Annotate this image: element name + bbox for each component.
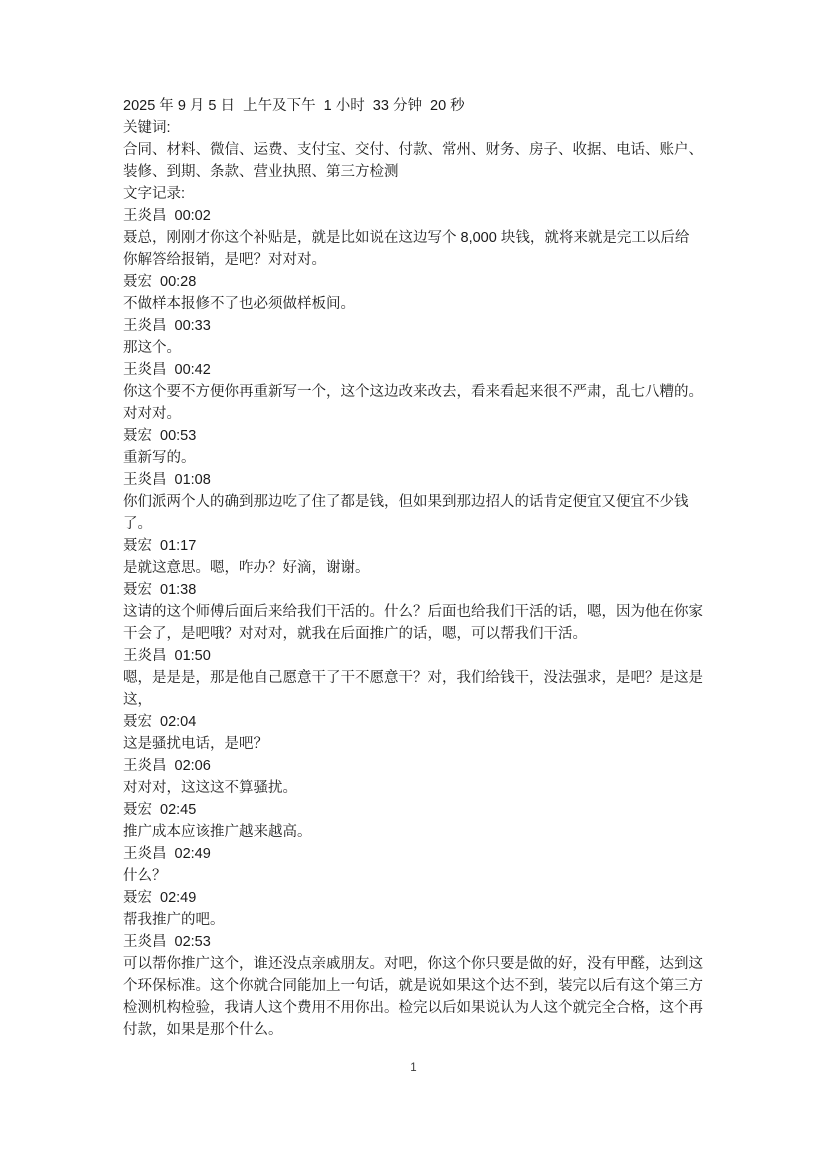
- speaker-name: 王炎昌: [123, 934, 167, 950]
- keywords-label: 关键词:: [123, 117, 715, 139]
- transcript-text-line: 检测机构检验，我请人这个费用不用你出。检完以后如果说认为人这个就完全合格，这个再: [123, 997, 715, 1019]
- transcript-text-line: 你解答给报销，是吧？对对对。: [123, 249, 715, 271]
- speaker-name: 王炎昌: [123, 846, 167, 862]
- speaker-line: 聂宏02:49: [123, 887, 715, 909]
- transcript-text-line: 了。: [123, 513, 715, 535]
- transcript-text-line: 聂总，刚刚才你这个补贴是，就是比如说在这边写个 8,000 块钱，就将来就是完工…: [123, 227, 715, 249]
- transcript-text-line: 什么？: [123, 865, 715, 887]
- transcript-text-line: 不做样本报修不了也必须做样板间。: [123, 293, 715, 315]
- transcript-label: 文字记录:: [123, 183, 715, 205]
- timestamp: 01:50: [175, 648, 211, 664]
- speaker-name: 王炎昌: [123, 648, 167, 664]
- timestamp: 02:49: [175, 846, 211, 862]
- page-number: 1: [0, 1061, 827, 1075]
- speaker-line: 王炎昌02:06: [123, 755, 715, 777]
- speaker-name: 王炎昌: [123, 208, 167, 224]
- transcript-text-line: 可以帮你推广这个，谁还没点亲戚朋友。对吧，你这个你只要是做的好，没有甲醛，达到这: [123, 953, 715, 975]
- transcript-text-line: 你这个要不方便你再重新写一个，这个这边改来改去，看来看起来很不严肃，乱七八糟的。: [123, 381, 715, 403]
- speaker-name: 聂宏: [123, 274, 152, 290]
- speaker-line: 聂宏01:38: [123, 579, 715, 601]
- timestamp: 00:02: [175, 208, 211, 224]
- speaker-name: 王炎昌: [123, 472, 167, 488]
- transcript-text-line: 是就这意思。嗯，咋办？好滴，谢谢。: [123, 557, 715, 579]
- speaker-name: 聂宏: [123, 890, 152, 906]
- speaker-line: 王炎昌02:49: [123, 843, 715, 865]
- speaker-line: 聂宏02:45: [123, 799, 715, 821]
- speaker-name: 聂宏: [123, 428, 152, 444]
- timestamp: 02:49: [160, 890, 196, 906]
- speaker-line: 王炎昌02:53: [123, 931, 715, 953]
- timestamp: 02:04: [160, 714, 196, 730]
- speaker-line: 聂宏00:28: [123, 271, 715, 293]
- speaker-line: 王炎昌00:42: [123, 359, 715, 381]
- speaker-line: 王炎昌01:08: [123, 469, 715, 491]
- transcript-text-line: 那这个。: [123, 337, 715, 359]
- transcript-text-line: 这，: [123, 689, 715, 711]
- timestamp: 00:42: [175, 362, 211, 378]
- timestamp: 02:06: [175, 758, 211, 774]
- transcript-text-line: 对对对。: [123, 403, 715, 425]
- speaker-name: 王炎昌: [123, 758, 167, 774]
- document-title-line: 2025 年 9 月 5 日 上午及下午 1 小时 33 分钟 20 秒: [123, 95, 715, 117]
- keywords-line: 合同、材料、微信、运费、支付宝、交付、付款、常州、财务、房子、收据、电话、账户、: [123, 139, 715, 161]
- speaker-name: 王炎昌: [123, 318, 167, 334]
- transcript-text-line: 这是骚扰电话，是吧？: [123, 733, 715, 755]
- speaker-name: 聂宏: [123, 714, 152, 730]
- timestamp: 00:33: [175, 318, 211, 334]
- transcript-text-line: 个环保标准。这个你就合同能加上一句话，就是说如果这个达不到，装完以后有这个第三方: [123, 975, 715, 997]
- timestamp: 01:38: [160, 582, 196, 598]
- timestamp: 00:53: [160, 428, 196, 444]
- transcript-text-line: 付款，如果是那个什么。: [123, 1019, 715, 1041]
- speaker-name: 王炎昌: [123, 362, 167, 378]
- transcript-text-line: 重新写的。: [123, 447, 715, 469]
- keywords-line: 装修、到期、条款、营业执照、第三方检测: [123, 161, 715, 183]
- timestamp: 00:28: [160, 274, 196, 290]
- speaker-name: 聂宏: [123, 538, 152, 554]
- transcript-text-line: 对对对，这这这不算骚扰。: [123, 777, 715, 799]
- transcript-text-line: 推广成本应该推广越来越高。: [123, 821, 715, 843]
- transcript-text-line: 你们派两个人的确到那边吃了住了都是钱，但如果到那边招人的话肯定便宜又便宜不少钱: [123, 491, 715, 513]
- transcript-text-line: 嗯，是是是，那是他自己愿意干了干不愿意干？对，我们给钱干，没法强求，是吧？是这是: [123, 667, 715, 689]
- document-page: 2025 年 9 月 5 日 上午及下午 1 小时 33 分钟 20 秒关键词:…: [0, 0, 827, 1169]
- speaker-name: 聂宏: [123, 802, 152, 818]
- speaker-line: 聂宏01:17: [123, 535, 715, 557]
- speaker-line: 王炎昌00:02: [123, 205, 715, 227]
- timestamp: 02:53: [175, 934, 211, 950]
- speaker-line: 王炎昌00:33: [123, 315, 715, 337]
- speaker-line: 聂宏00:53: [123, 425, 715, 447]
- timestamp: 02:45: [160, 802, 196, 818]
- transcript-text-line: 干会了，是吧哦？对对对，就我在后面推广的话，嗯，可以帮我们干活。: [123, 623, 715, 645]
- document-body: 2025 年 9 月 5 日 上午及下午 1 小时 33 分钟 20 秒关键词:…: [123, 95, 715, 1041]
- timestamp: 01:08: [175, 472, 211, 488]
- speaker-line: 王炎昌01:50: [123, 645, 715, 667]
- transcript-text-line: 这请的这个师傅后面后来给我们干活的。什么？后面也给我们干活的话，嗯，因为他在你家: [123, 601, 715, 623]
- speaker-name: 聂宏: [123, 582, 152, 598]
- speaker-line: 聂宏02:04: [123, 711, 715, 733]
- transcript-text-line: 帮我推广的吧。: [123, 909, 715, 931]
- timestamp: 01:17: [160, 538, 196, 554]
